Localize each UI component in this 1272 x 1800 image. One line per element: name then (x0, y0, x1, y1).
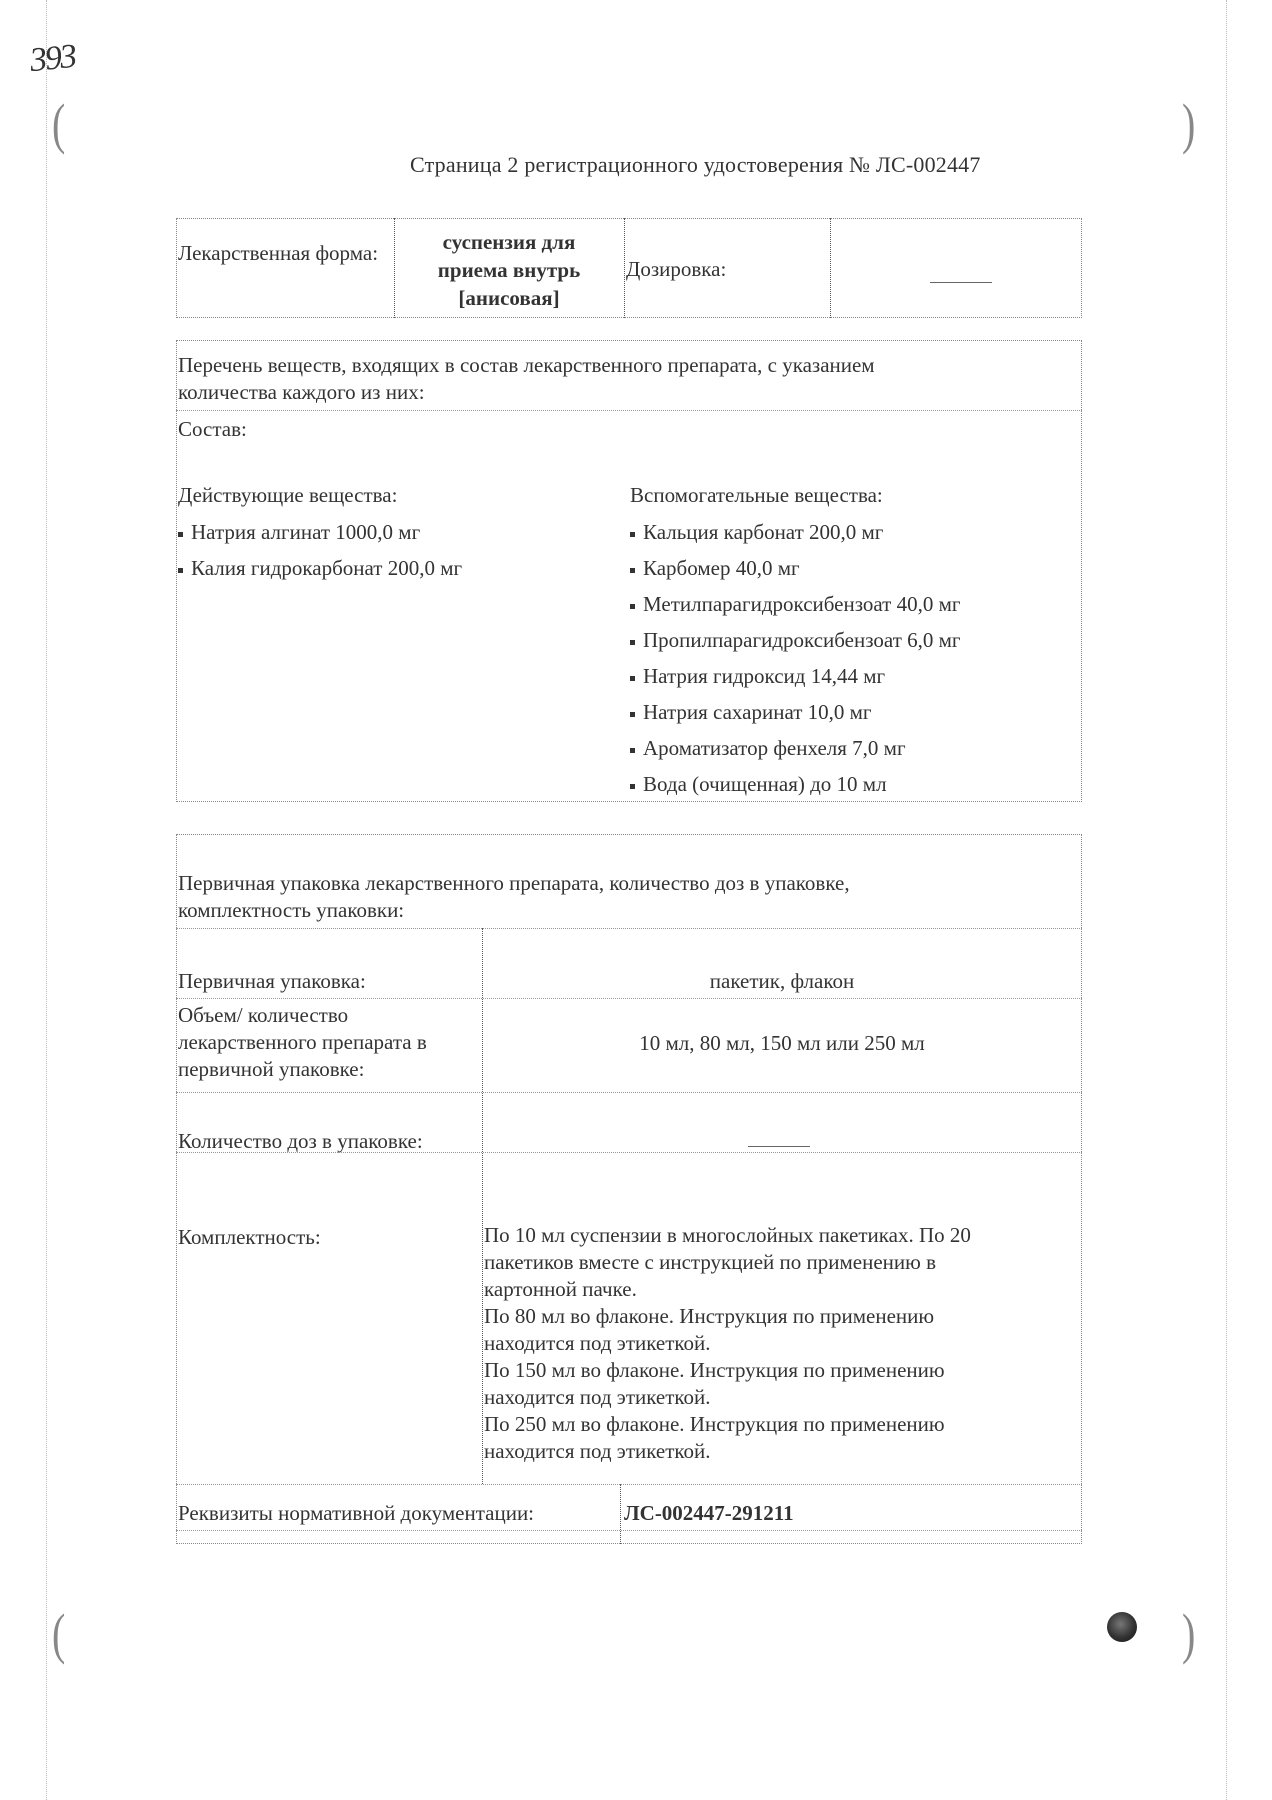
volume-label: Объем/ количество лекарственного препара… (178, 1002, 478, 1083)
completeness-line: По 250 мл во флаконе. Инструкция по прим… (484, 1411, 1080, 1438)
binding-mark-left-bottom: ( (52, 1601, 65, 1667)
bullet-icon (630, 532, 635, 537)
list-item-text: Ароматизатор фенхеля 7,0 мг (643, 736, 906, 760)
list-item-text: Натрия гидроксид 14,44 мг (643, 664, 885, 688)
page-header: Страница 2 регистрационного удостоверени… (410, 152, 981, 178)
list-item-text: Карбомер 40,0 мг (643, 556, 800, 580)
divider (176, 1152, 1082, 1153)
volume-label-line: первичной упаковке: (178, 1056, 478, 1083)
document-page: 393 ( ) ( ) Страница 2 регистрационного … (0, 0, 1272, 1800)
list-item-text: Кальция карбонат 200,0 мг (643, 520, 883, 544)
list-item: Натрия алгинат 1000,0 мг (178, 514, 462, 550)
list-item: Кальция карбонат 200,0 мг (630, 514, 961, 550)
list-item: Пропилпарагидроксибензоат 6,0 мг (630, 622, 961, 658)
list-item: Натрия сахаринат 10,0 мг (630, 694, 961, 730)
completeness-line: По 80 мл во флаконе. Инструкция по приме… (484, 1303, 1080, 1330)
doses-count-label: Количество доз в упаковке: (178, 1128, 478, 1155)
divider (624, 218, 625, 318)
bullet-icon (630, 676, 635, 681)
list-item: Метилпарагидроксибензоат 40,0 мг (630, 586, 961, 622)
completeness-value: По 10 мл суспензии в многослойных пакети… (484, 1222, 1080, 1465)
primary-packaging-label: Первичная упаковка: (178, 968, 478, 995)
divider (394, 218, 395, 318)
divider (176, 1530, 1082, 1531)
packaging-intro-line: комплектность упаковки: (178, 897, 1078, 924)
list-item: Ароматизатор фенхеля 7,0 мг (630, 730, 961, 766)
completeness-line: находится под этикеткой. (484, 1330, 1080, 1357)
primary-packaging-value: пакетик, флакон (484, 968, 1080, 995)
completeness-line: По 150 мл во флаконе. Инструкция по прим… (484, 1357, 1080, 1384)
bullet-icon (630, 712, 635, 717)
normative-doc-value: ЛС-002447-291211 (624, 1500, 1064, 1527)
list-item-text: Метилпарагидроксибензоат 40,0 мг (643, 592, 961, 616)
bullet-icon (178, 568, 183, 573)
divider (482, 928, 483, 1484)
volume-label-line: Объем/ количество (178, 1002, 478, 1029)
packaging-intro-line: Первичная упаковка лекарственного препар… (178, 870, 1078, 897)
completeness-line: картонной пачке. (484, 1276, 1080, 1303)
normative-doc-label: Реквизиты нормативной документации: (178, 1500, 618, 1527)
bullet-icon (630, 568, 635, 573)
dosage-form-value-line: [анисовая] (396, 284, 622, 312)
dosage-form-label: Лекарственная форма: (178, 240, 388, 267)
dosage-form-label-text: Лекарственная форма: (178, 241, 378, 265)
divider (176, 1092, 1082, 1093)
list-item-text: Вода (очищенная) до 10 мл (643, 772, 887, 796)
binding-mark-right-bottom: ) (1182, 1601, 1195, 1667)
doses-count-value-dash (748, 1146, 810, 1147)
divider (176, 928, 1082, 929)
composition-intro-line: Перечень веществ, входящих в состав лека… (178, 352, 1078, 379)
list-item: Натрия гидроксид 14,44 мг (630, 658, 961, 694)
bullet-icon (630, 640, 635, 645)
divider (830, 218, 831, 318)
divider (176, 1484, 1082, 1485)
volume-label-line: лекарственного препарата в (178, 1029, 478, 1056)
binding-mark-right: ) (1182, 91, 1195, 157)
list-item-text: Натрия сахаринат 10,0 мг (643, 700, 872, 724)
dosage-value-dash (930, 282, 992, 283)
divider (176, 410, 1082, 411)
scan-edge-left (46, 0, 48, 1800)
scan-edge-right (1226, 0, 1228, 1800)
dosage-label: Дозировка: (626, 256, 826, 283)
binding-mark-left: ( (52, 91, 65, 157)
composition-intro-line: количества каждого из них: (178, 379, 1078, 406)
excipients-list: Кальция карбонат 200,0 мг Карбомер 40,0 … (630, 514, 961, 802)
composition-intro: Перечень веществ, входящих в состав лека… (178, 352, 1078, 406)
handwritten-page-number: 393 (28, 38, 77, 80)
bullet-icon (178, 532, 183, 537)
completeness-line: находится под этикеткой. (484, 1438, 1080, 1465)
dosage-form-value: суспензия для приема внутрь [анисовая] (396, 228, 622, 312)
dosage-form-value-line: суспензия для (396, 228, 622, 256)
dosage-form-value-line: приема внутрь (396, 256, 622, 284)
divider (176, 998, 1082, 999)
bullet-icon (630, 784, 635, 789)
excipients-title: Вспомогательные вещества: (630, 482, 883, 509)
list-item-text: Калия гидрокарбонат 200,0 мг (191, 556, 462, 580)
active-substances-list: Натрия алгинат 1000,0 мг Калия гидрокарб… (178, 514, 462, 586)
completeness-line: По 10 мл суспензии в многослойных пакети… (484, 1222, 1080, 1249)
bullet-icon (630, 604, 635, 609)
completeness-line: находится под этикеткой. (484, 1384, 1080, 1411)
list-item-text: Пропилпарагидроксибензоат 6,0 мг (643, 628, 961, 652)
list-item: Калия гидрокарбонат 200,0 мг (178, 550, 462, 586)
packaging-intro: Первичная упаковка лекарственного препар… (178, 870, 1078, 924)
volume-value: 10 мл, 80 мл, 150 мл или 250 мл (484, 1030, 1080, 1057)
completeness-line: пакетиков вместе с инструкцией по примен… (484, 1249, 1080, 1276)
list-item: Карбомер 40,0 мг (630, 550, 961, 586)
bullet-icon (630, 748, 635, 753)
active-substances-title: Действующие вещества: (178, 482, 397, 509)
completeness-label: Комплектность: (178, 1224, 478, 1251)
list-item-text: Натрия алгинат 1000,0 мг (191, 520, 420, 544)
list-item: Вода (очищенная) до 10 мл (630, 766, 961, 802)
composition-label: Состав: (178, 416, 247, 443)
seal-stamp-icon (1107, 1612, 1137, 1642)
divider (620, 1484, 621, 1544)
